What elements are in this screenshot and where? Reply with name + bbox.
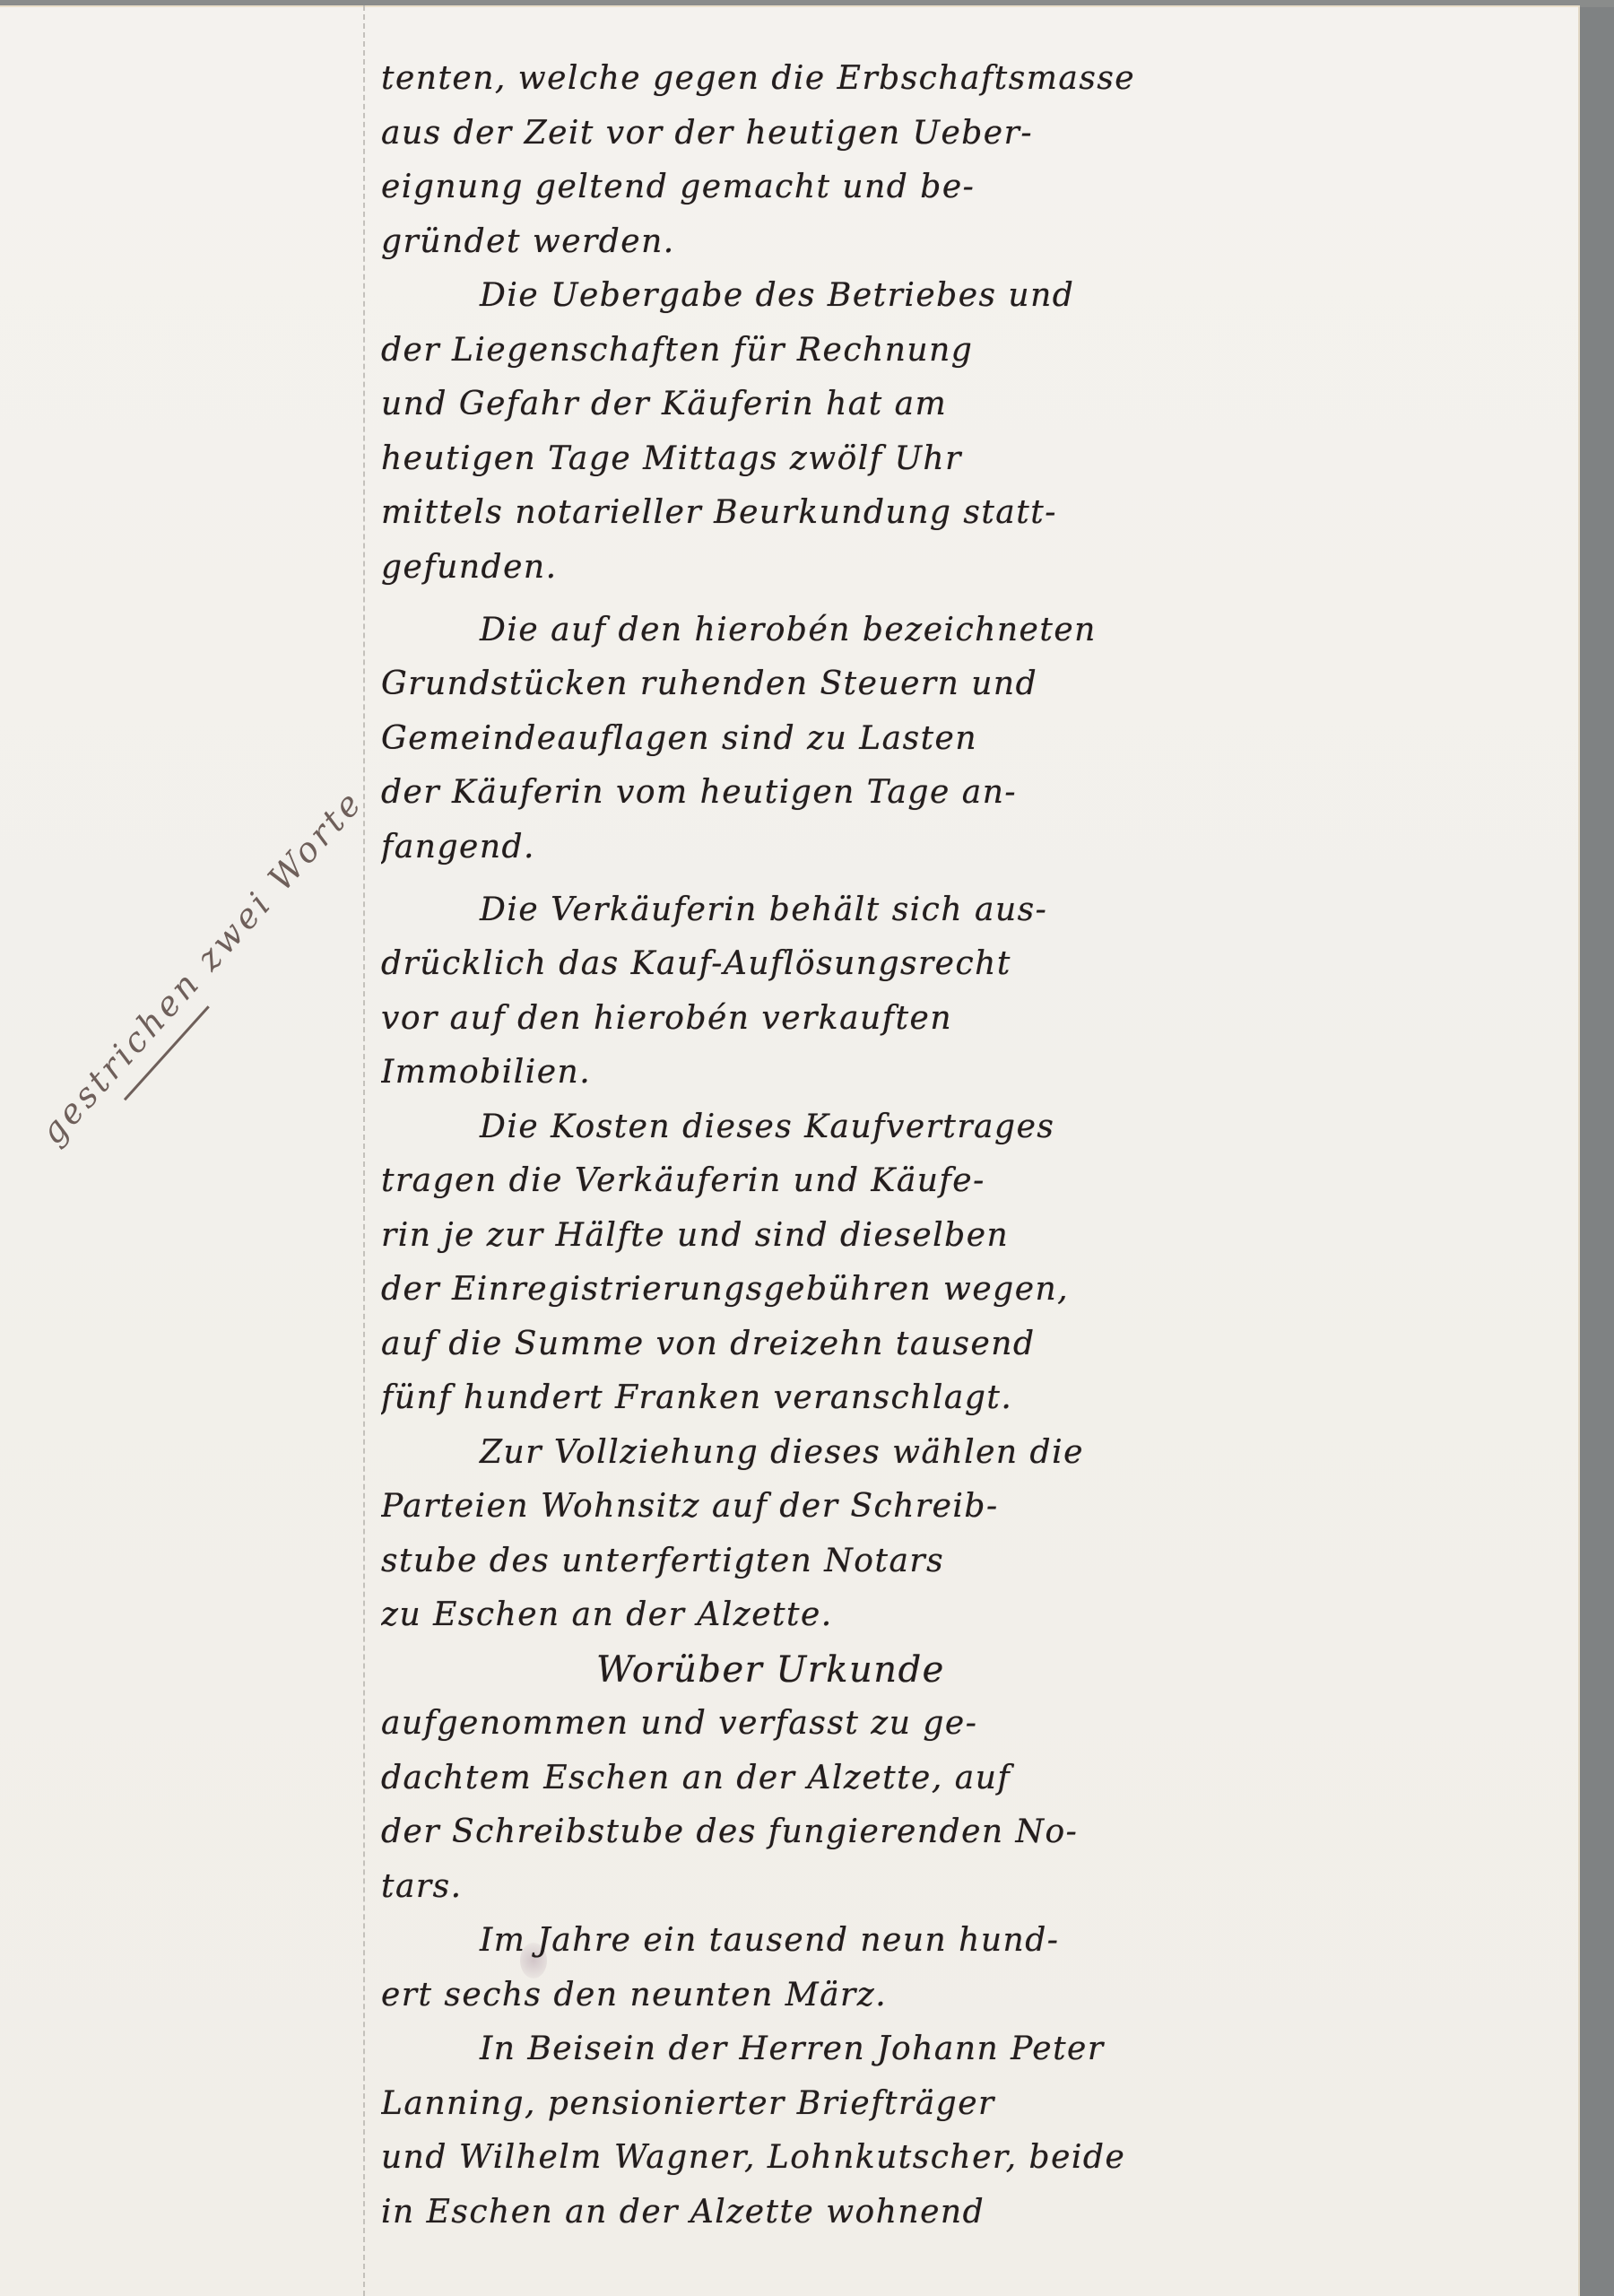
text-line: der Einregistrierungsgebühren wegen, [381, 1263, 1547, 1318]
text-line: ert sechs den neunten März. [381, 1969, 1547, 2023]
text-line: tragen die Verkäuferin und Käufe- [381, 1154, 1547, 1209]
margin-annotation: gestrichen zwei Worte [32, 912, 344, 1233]
text-line: Zur Vollziehung dieses wählen die [381, 1426, 1547, 1481]
margin-rule [363, 5, 365, 2296]
text-line: Die Uebergabe des Betriebes und [381, 269, 1547, 324]
text-line: mittels notarieller Beurkundung statt- [381, 486, 1547, 541]
text-line: Die Verkäuferin behält sich aus- [381, 883, 1547, 938]
text-line: heutigen Tage Mittags zwölf Uhr [381, 432, 1547, 487]
section-heading: Worüber Urkunde [381, 1643, 1547, 1698]
text-line: auf die Summe von dreizehn tausend [381, 1318, 1547, 1372]
text-line: rin je zur Hälfte und sind dieselben [381, 1209, 1547, 1264]
text-line: der Liegenschaften für Rechnung [381, 324, 1547, 378]
text-line: aus der Zeit vor der heutigen Ueber- [381, 107, 1547, 161]
text-line: tars. [381, 1860, 1547, 1915]
text-line: dachtem Eschen an der Alzette, auf [381, 1752, 1547, 1806]
text-line: In Beisein der Herren Johann Peter [381, 2022, 1547, 2077]
text-line: eignung geltend gemacht und be- [381, 161, 1547, 215]
handwritten-body: tenten, welche gegen die Erbschaftsmasse… [381, 52, 1547, 2239]
text-line: Gemeindeauflagen sind zu Lasten [381, 712, 1547, 767]
text-line: fünf hundert Franken veranschlagt. [381, 1371, 1547, 1426]
text-line: fangend. [381, 821, 1547, 883]
text-line: der Käuferin vom heutigen Tage an- [381, 766, 1547, 821]
document-page: gestrichen zwei Worte tenten, welche geg… [0, 5, 1580, 2296]
text-line: Die auf den hierobén bezeichneten [381, 604, 1547, 658]
text-line: und Gefahr der Käuferin hat am [381, 378, 1547, 432]
text-line: tenten, welche gegen die Erbschaftsmasse [381, 52, 1547, 107]
text-line: Im Jahre ein tausend neun hund- [381, 1914, 1547, 1969]
text-line: und Wilhelm Wagner, Lohnkutscher, beide [381, 2131, 1547, 2186]
text-line: Grundstücken ruhenden Steuern und [381, 657, 1547, 712]
text-line: Die Kosten dieses Kaufvertrages [381, 1100, 1547, 1155]
text-line: stube des unterfertigten Notars [381, 1535, 1547, 1589]
text-line: der Schreibstube des fungierenden No- [381, 1805, 1547, 1860]
text-line: Lanning, pensionierter Briefträger [381, 2077, 1547, 2132]
margin-annotation-text: gestrichen zwei Worte [32, 782, 370, 1152]
text-line: gefunden. [381, 541, 1547, 604]
text-line: gründet werden. [381, 215, 1547, 270]
text-line: in Eschen an der Alzette wohnend [381, 2186, 1547, 2240]
text-line: Immobilien. [381, 1046, 1547, 1100]
text-line: zu Eschen an der Alzette. [381, 1588, 1547, 1643]
text-line: drücklich das Kauf-Auflösungsrecht [381, 937, 1547, 992]
text-line: aufgenommen und verfasst zu ge- [381, 1697, 1547, 1752]
text-line: vor auf den hierobén verkauften [381, 992, 1547, 1047]
text-line: Parteien Wohnsitz auf der Schreib- [381, 1480, 1547, 1535]
